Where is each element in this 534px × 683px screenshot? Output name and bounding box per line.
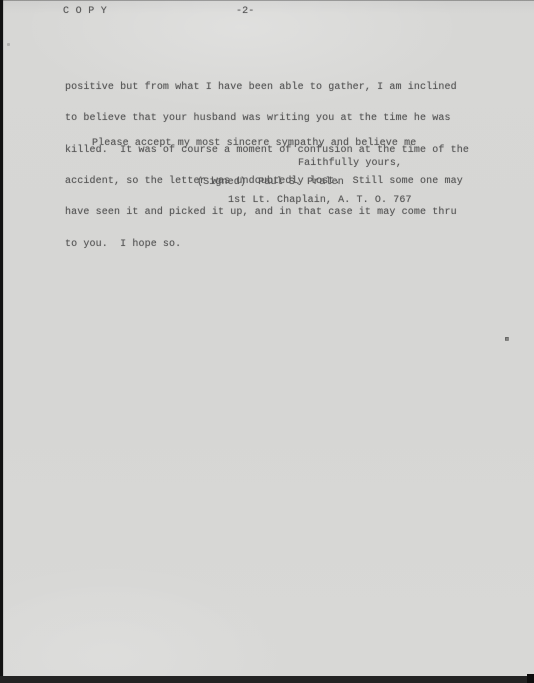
letter-body-paragraph: positive but from what I have been able … xyxy=(65,62,469,271)
paragraph-line: positive but from what I have been able … xyxy=(65,83,469,93)
signature-title-line: 1st Lt. Chaplain, A. T. O. 767 xyxy=(228,196,412,206)
paragraph-line: to believe that your husband was writing… xyxy=(65,114,469,124)
page-number: -2- xyxy=(236,7,254,17)
signature-line: (Signed) Paul S. Pralen xyxy=(197,178,344,188)
scan-speck xyxy=(505,337,509,341)
scan-edge-corner xyxy=(527,674,534,683)
letter-paper: C O P Y -2- positive but from what I hav… xyxy=(3,0,534,676)
scan-edge-left xyxy=(0,0,3,683)
valediction: Faithfully yours, xyxy=(298,159,402,169)
paragraph-line: have seen it and picked it up, and in th… xyxy=(65,208,469,218)
paragraph-line: to you. I hope so. xyxy=(65,240,469,250)
scan-speck xyxy=(7,43,10,46)
scan-edge-bottom xyxy=(0,676,534,683)
scanned-letter-page: C O P Y -2- positive but from what I hav… xyxy=(0,0,534,683)
closing-sentence: Please accept my most sincere sympathy a… xyxy=(92,139,416,149)
copy-stamp: C O P Y xyxy=(63,7,107,17)
